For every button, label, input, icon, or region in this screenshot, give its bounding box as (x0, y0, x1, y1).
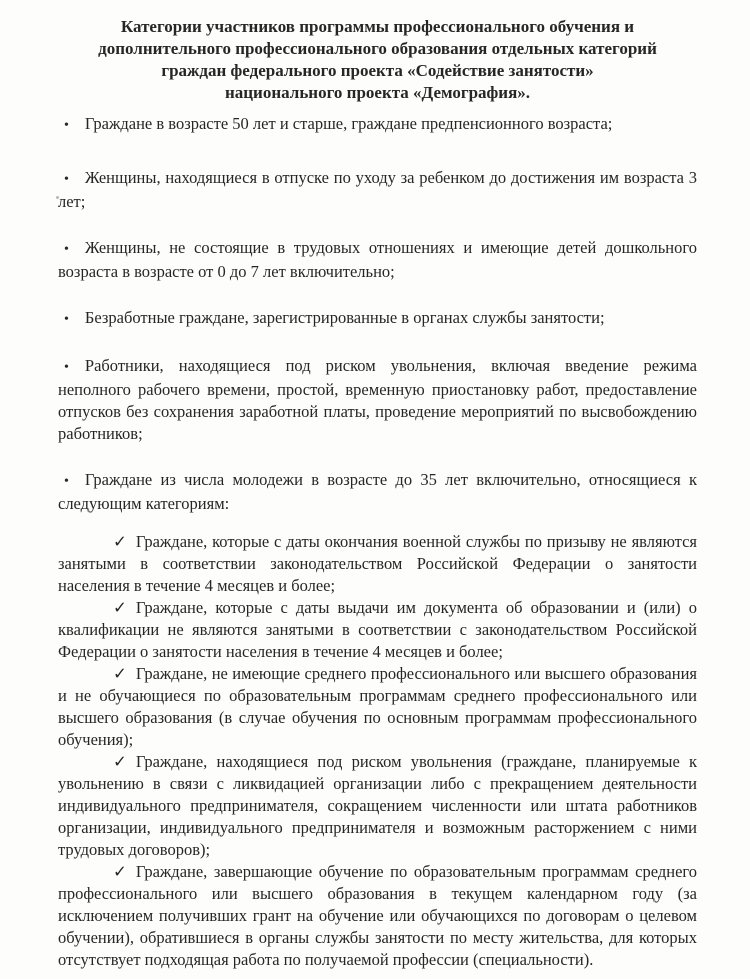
bullet-text: Работники, находящиеся под риском увольн… (58, 356, 697, 443)
title-line: граждан федерального проекта «Содействие… (58, 60, 697, 82)
check-text: Граждане, которые с даты выдачи им докум… (58, 598, 697, 661)
check-icon: ✓ (113, 597, 127, 619)
bullet-item-risk-of-dismissal: •Работники, находящиеся под риском уволь… (58, 355, 697, 445)
document-title: Категории участников программы профессио… (58, 16, 697, 104)
bullet-icon: • (64, 115, 69, 137)
check-item-finishing-education: ✓Граждане, завершающие обучение по образ… (58, 861, 697, 971)
check-icon: ✓ (113, 751, 127, 773)
check-item-after-education-document: ✓Граждане, которые с даты выдачи им доку… (58, 597, 697, 663)
check-icon: ✓ (113, 663, 127, 685)
check-item-no-professional-education: ✓Граждане, не имеющие среднего профессио… (58, 663, 697, 751)
bullet-icon: • (64, 169, 69, 191)
title-line: дополнительного профессионального образо… (58, 38, 697, 60)
check-icon: ✓ (113, 531, 127, 553)
check-icon: ✓ (113, 861, 127, 883)
bullet-text: Женщины, не состоящие в трудовых отношен… (58, 238, 697, 281)
title-line: национального проекта «Демография». (58, 82, 697, 104)
bullet-icon: • (64, 309, 69, 331)
bullet-item-women-childcare: •Женщины, находящиеся в отпуске по уходу… (58, 167, 697, 213)
bullet-icon: • (64, 471, 69, 493)
bullet-item-women-preschool: •Женщины, не состоящие в трудовых отноше… (58, 237, 697, 283)
bullet-item-age-50: •Граждане в возрасте 50 лет и старше, гр… (58, 113, 697, 137)
bullet-item-youth-under-35: •Граждане из числа молодежи в возрасте д… (58, 469, 697, 515)
bullet-text: Граждане из числа молодежи в возрасте до… (58, 470, 697, 513)
bullet-text: Граждане в возрасте 50 лет и старше, гра… (85, 114, 612, 133)
check-item-after-military-service: ✓Граждане, которые с даты окончания воен… (58, 531, 697, 597)
bullet-text: Безработные граждане, зарегистрированные… (85, 308, 605, 327)
check-text: Граждане, которые с даты окончания военн… (58, 532, 697, 595)
scan-artifact-speck (56, 196, 59, 199)
check-text: Граждане, не имеющие среднего профессион… (58, 664, 697, 749)
scanned-document-page: Категории участников программы профессио… (0, 0, 750, 979)
check-text: Граждане, находящиеся под риском увольне… (58, 752, 697, 859)
bullet-item-unemployed: •Безработные граждане, зарегистрированны… (58, 307, 697, 331)
bullet-icon: • (64, 357, 69, 379)
check-item-risk-of-dismissal-liquidation: ✓Граждане, находящиеся под риском увольн… (58, 751, 697, 861)
check-text: Граждане, завершающие обучение по образо… (58, 862, 697, 969)
bullet-text: Женщины, находящиеся в отпуске по уходу … (58, 168, 697, 211)
bullet-icon: • (64, 239, 69, 261)
title-line: Категории участников программы профессио… (58, 16, 697, 38)
